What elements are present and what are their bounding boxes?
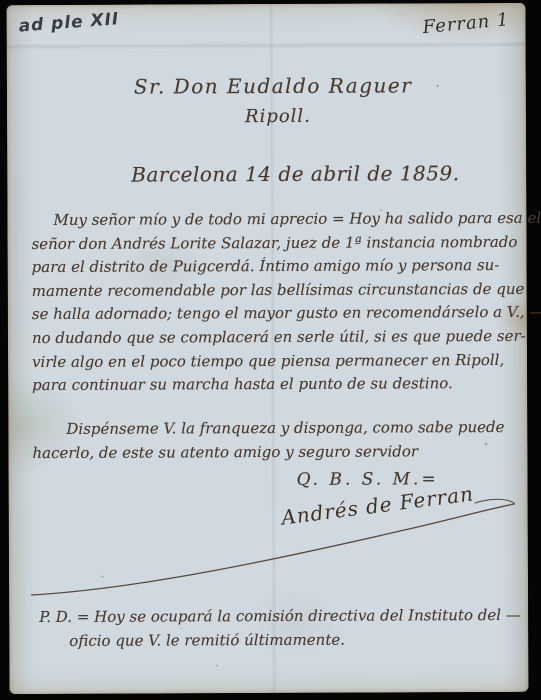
body-line: para el distrito de Puigcerdá. Íntimo am…: [32, 254, 520, 280]
postscript-line: oficio que V. le remitió últimamente.: [69, 627, 527, 653]
letter-sheet: ad ple XII Ferran 1 Sr. Don Eudaldo Ragu…: [6, 3, 528, 694]
body-paragraph-2: Dispénseme V. la franqueza y disponga, c…: [32, 416, 520, 465]
body-line: mamente recomendable por las bellísimas …: [32, 278, 520, 304]
body-paragraph-1: Muy señor mío y de todo mi aprecio = Hoy…: [31, 207, 520, 398]
recipient-place: Ripoll.: [245, 106, 311, 127]
archival-pencil-note: ad ple XII: [18, 9, 120, 36]
body-line: no dudando que se complacerá en serle út…: [32, 325, 520, 351]
signature-flourish: [23, 495, 523, 607]
recipient-line: Sr. Don Eudaldo Raguer: [134, 73, 413, 98]
postscript-line: P. D. = Hoy se ocupará la comisión direc…: [39, 603, 527, 629]
postscript: P. D. = Hoy se ocupará la comisión direc…: [39, 603, 527, 653]
archival-ink-note: Ferran 1: [422, 9, 510, 38]
body-line: para continuar su marcha hasta el punto …: [32, 372, 520, 398]
body-line: hacerlo, de este su atento amigo y segur…: [32, 439, 520, 465]
body-line: virle algo en el poco tiempo que piensa …: [32, 348, 520, 374]
scan-background: ad ple XII Ferran 1 Sr. Don Eudaldo Ragu…: [0, 0, 541, 700]
valediction: Q. B. S. M.=: [297, 469, 439, 490]
dateline: Barcelona 14 de abril de 1859.: [131, 161, 459, 186]
body-line: se halla adornado; tengo el mayor gusto …: [32, 301, 520, 327]
body-line: Dispénseme V. la franqueza y disponga, c…: [66, 416, 520, 442]
body-line: señor don Andrés Lorite Salazar, juez de…: [31, 230, 519, 256]
body-line: Muy señor mío y de todo mi aprecio = Hoy…: [53, 207, 519, 233]
